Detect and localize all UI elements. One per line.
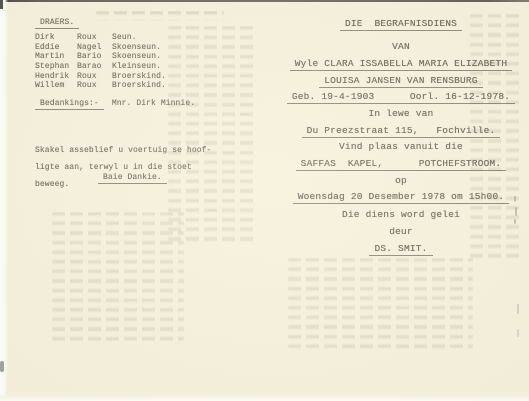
bearer-first-name: Willem [35,81,77,91]
on-label: op [278,175,524,186]
residence-address: Du Preezstraat 115, Fochville. [278,125,524,136]
notice-line: Skakel asseblief u voertuig se hoof- [35,146,211,155]
bearer-relation: Skoenseun. [112,52,166,62]
program-title: DIE BEGRAFNISDIENS [278,18,524,29]
bearer-relation: Broerskind. [112,81,166,91]
thanks-value: Mnr. Dirk Minnie. [112,99,195,108]
bearers-heading: DRAERS. [35,18,79,27]
notice-line: ligte aan, terwyl u in die stoet [35,163,192,172]
service-led-label: Die diens word gelei [278,209,524,220]
bleed-through-text [168,26,256,244]
bearer-last-name: Roux [77,72,112,82]
bearer-last-name: Barao [77,62,112,72]
bearer-relation: Skoenseun. [112,43,166,53]
takes-place-label: Vind plaas vanuit die [278,141,524,152]
in-life-label: In lewe van [278,108,524,119]
bearer-last-name: Bario [77,52,112,62]
bearer-first-name: Eddie [35,43,77,53]
deceased-name-line1: Wyle CLARA ISSABELLA MARIA ELIZABETH [278,58,524,69]
bearer-relation: Broerskind. [112,72,166,82]
scan-speck [0,0,3,9]
bearer-relation: Seun. [112,33,166,43]
bearers-table: Dirk Roux Seun. Eddie Nagel Skoenseun. M… [35,33,166,91]
scan-mark [517,304,519,314]
bearer-last-name: Roux [77,33,112,43]
thank-you-text: Baie Dankie. [98,173,167,184]
scan-mark [517,329,519,337]
bleed-through-text [96,11,224,21]
by-label: deur [278,226,524,237]
scan-top-edge [0,0,529,2]
thank-you-line: Baie Dankie. [98,173,167,182]
bearer-relation: Kleinseun. [112,62,166,72]
minister-name: DS. SMIT. [278,243,524,254]
bearer-last-name: Roux [77,81,112,91]
bearer-first-name: Hendrik [35,72,77,82]
bearer-last-name: Nagel [77,43,112,53]
scan-left-edge [0,0,8,401]
birth-death-dates: Geb. 19-4-1903 Oorl. 16-12-1978. [278,91,524,102]
bearer-first-name: Dirk [35,33,77,43]
bleed-through-text [288,258,473,350]
scanned-funeral-program: DRAERS. Dirk Roux Seun. Eddie Nagel Skoe… [0,0,529,401]
bearers-heading-text: DRAERS. [35,18,79,29]
bearer-first-name: Stephan [35,62,77,72]
notice-line: beweeg. [35,180,69,189]
service-datetime: Woensdag 20 Desember 1978 om 15h00. [278,191,524,202]
bleed-through-text [52,212,184,344]
scan-speck [0,361,4,372]
of-label: VAN [278,41,524,52]
thanks-line: Bedankings:-Mnr. Dirk Minnie. [35,99,195,108]
venue-line: SAFFAS KAPEL, POTCHEFSTROOM. [278,158,524,169]
thanks-label: Bedankings:- [35,99,104,110]
deceased-name-line2: LOUISA JANSEN VAN RENSBURG [278,75,524,86]
scan-bottom-edge [0,394,529,401]
bearer-first-name: Martin [35,52,77,62]
